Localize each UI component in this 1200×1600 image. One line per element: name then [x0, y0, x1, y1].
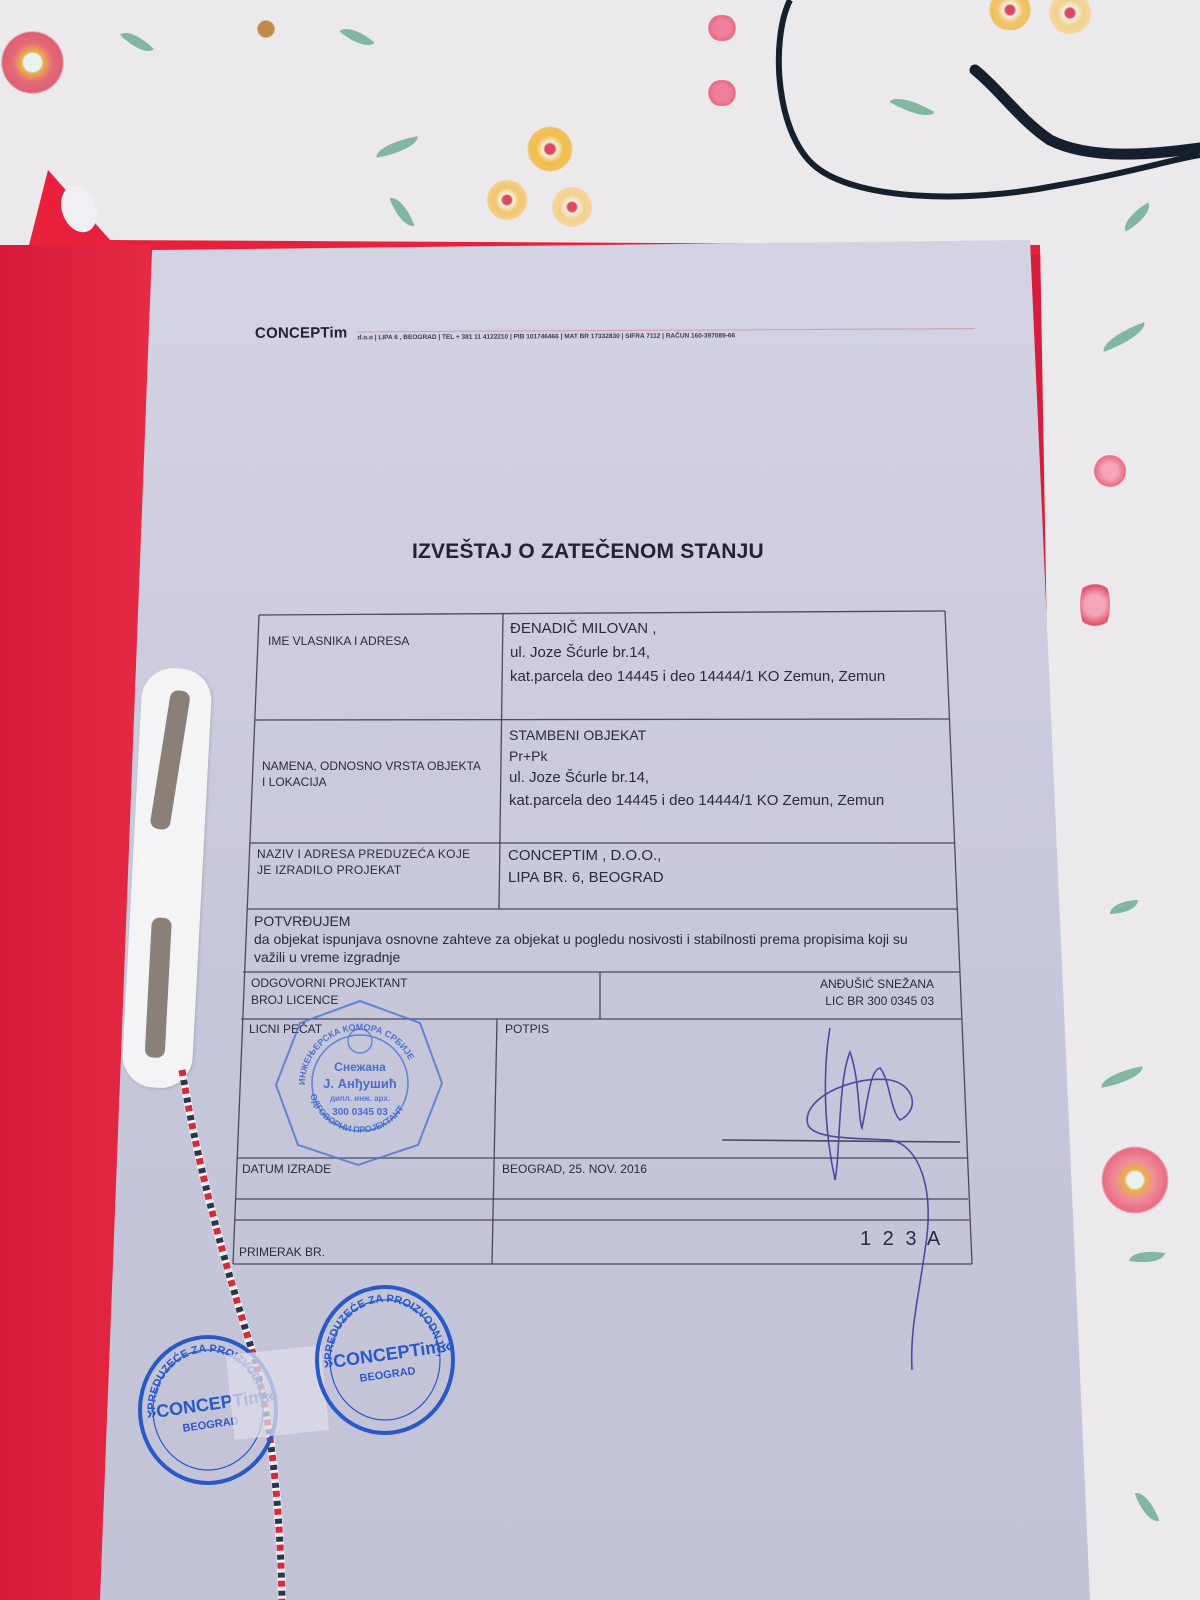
company-name: CONCEPTIM , D.O.O.,	[508, 845, 664, 867]
company-label-line2: JE IZRADILO PROJEKAT	[257, 862, 470, 878]
company-address: LIPA BR. 6, BEOGRAD	[508, 867, 664, 889]
yellow-flower-decoration	[550, 185, 594, 229]
yellow-flower-decoration	[485, 178, 529, 222]
owner-address: ul. Joze Šćurle br.14,	[510, 641, 885, 665]
object-type-label-line1: NAMENA, ODNOSNO VRSTA OBJEKTA	[262, 758, 481, 774]
responsible-designer-label: ODGOVORNI PROJEKTANT BROJ LICENCE	[251, 975, 407, 1010]
leaf-decoration	[1099, 322, 1149, 352]
owner-label: IME VLASNIKA I ADRESA	[268, 633, 409, 649]
designer-name: ANĐUŠIĆ SNEŽANA	[806, 976, 934, 993]
object-floors: Pr+Pk	[509, 746, 884, 767]
object-parcel: kat.parcela deo 14445 i deo 14444/1 KO Z…	[509, 790, 884, 813]
responsible-label-line1: ODGOVORNI PROJEKTANT	[251, 975, 407, 992]
designer-license: LIC BR 300 0345 03	[806, 993, 934, 1010]
confirmation-text-2: važili u vreme izgradnje	[254, 948, 908, 966]
company-value: CONCEPTIM , D.O.O., LIPA BR. 6, BEOGRAD	[508, 845, 664, 889]
date-value: BEOGRAD, 25. NOV. 2016	[502, 1161, 647, 1177]
object-type-label-line2: I LOKACIJA	[262, 774, 481, 790]
leaf-decoration	[1135, 1489, 1160, 1526]
responsible-designer-value: ANĐUŠIĆ SNEŽANA LIC BR 300 0345 03	[806, 976, 934, 1011]
leaf-decoration	[374, 136, 420, 157]
personal-seal-label: LICNI PEČAT	[249, 1021, 322, 1037]
pink-flower-decoration	[1090, 455, 1130, 487]
owner-parcel: kat.parcela deo 14445 i deo 14444/1 KO Z…	[510, 665, 885, 689]
paper-seal-label	[226, 1345, 329, 1439]
brown-flower-decoration	[255, 18, 277, 40]
pink-flower-decoration	[705, 80, 739, 106]
leaf-decoration	[889, 90, 934, 124]
date-label: DATUM IZRADE	[242, 1161, 331, 1177]
pink-flower-decoration	[0, 25, 65, 100]
signature-label: POTPIS	[505, 1021, 549, 1037]
binder-slot-bottom	[145, 917, 172, 1058]
confirmation-block: POTVRĐUJEM da objekat ispunjava osnovne …	[254, 912, 908, 967]
pink-flower-decoration	[1095, 1145, 1175, 1215]
pink-flower-decoration	[1080, 575, 1110, 635]
yellow-flower-decoration	[525, 125, 575, 173]
copy-number-label: PRIMERAK BR.	[239, 1244, 325, 1260]
license-number-label: BROJ LICENCE	[251, 992, 407, 1009]
copy-number-value: 1 2 3 A	[860, 1226, 943, 1253]
yellow-flower-decoration	[1045, 0, 1095, 34]
object-type: STAMBENI OBJEKAT	[509, 725, 884, 746]
leaf-decoration	[120, 25, 154, 59]
leaf-decoration	[390, 194, 415, 231]
object-type-value: STAMBENI OBJEKAT Pr+Pk ul. Joze Šćurle b…	[509, 725, 884, 812]
owner-name: ĐENADIČ MILOVAN ,	[510, 617, 885, 641]
leaf-decoration	[1129, 1247, 1165, 1267]
yellow-flower-decoration	[985, 0, 1035, 30]
leaf-decoration	[339, 21, 374, 54]
confirmation-heading: POTVRĐUJEM	[254, 912, 908, 930]
document-title: IZVEŠTAJ O ZATEČENOM STANJU	[412, 540, 764, 564]
leaf-decoration	[1099, 1066, 1145, 1087]
letterhead-brand: CONCEPTim	[255, 324, 347, 341]
letterhead: CONCEPTim d.o.o | LIPA 6 , BEOGRAD | TEL…	[255, 314, 975, 342]
confirmation-text-1: da objekat ispunjava osnovne zahteve za …	[254, 930, 908, 948]
object-type-label: NAMENA, ODNOSNO VRSTA OBJEKTA I LOKACIJA	[262, 758, 481, 790]
company-label-line1: NAZIV I ADRESA PREDUZEĆA KOJE	[257, 846, 470, 862]
object-address: ul. Joze Šćurle br.14,	[509, 767, 884, 790]
owner-value: ĐENADIČ MILOVAN , ul. Joze Šćurle br.14,…	[510, 617, 885, 689]
binder-slot-top	[149, 689, 191, 830]
leaf-decoration	[1110, 900, 1138, 914]
company-label: NAZIV I ADRESA PREDUZEĆA KOJE JE IZRADIL…	[257, 846, 470, 878]
pink-flower-decoration	[705, 15, 739, 41]
leaf-decoration	[1119, 202, 1155, 231]
